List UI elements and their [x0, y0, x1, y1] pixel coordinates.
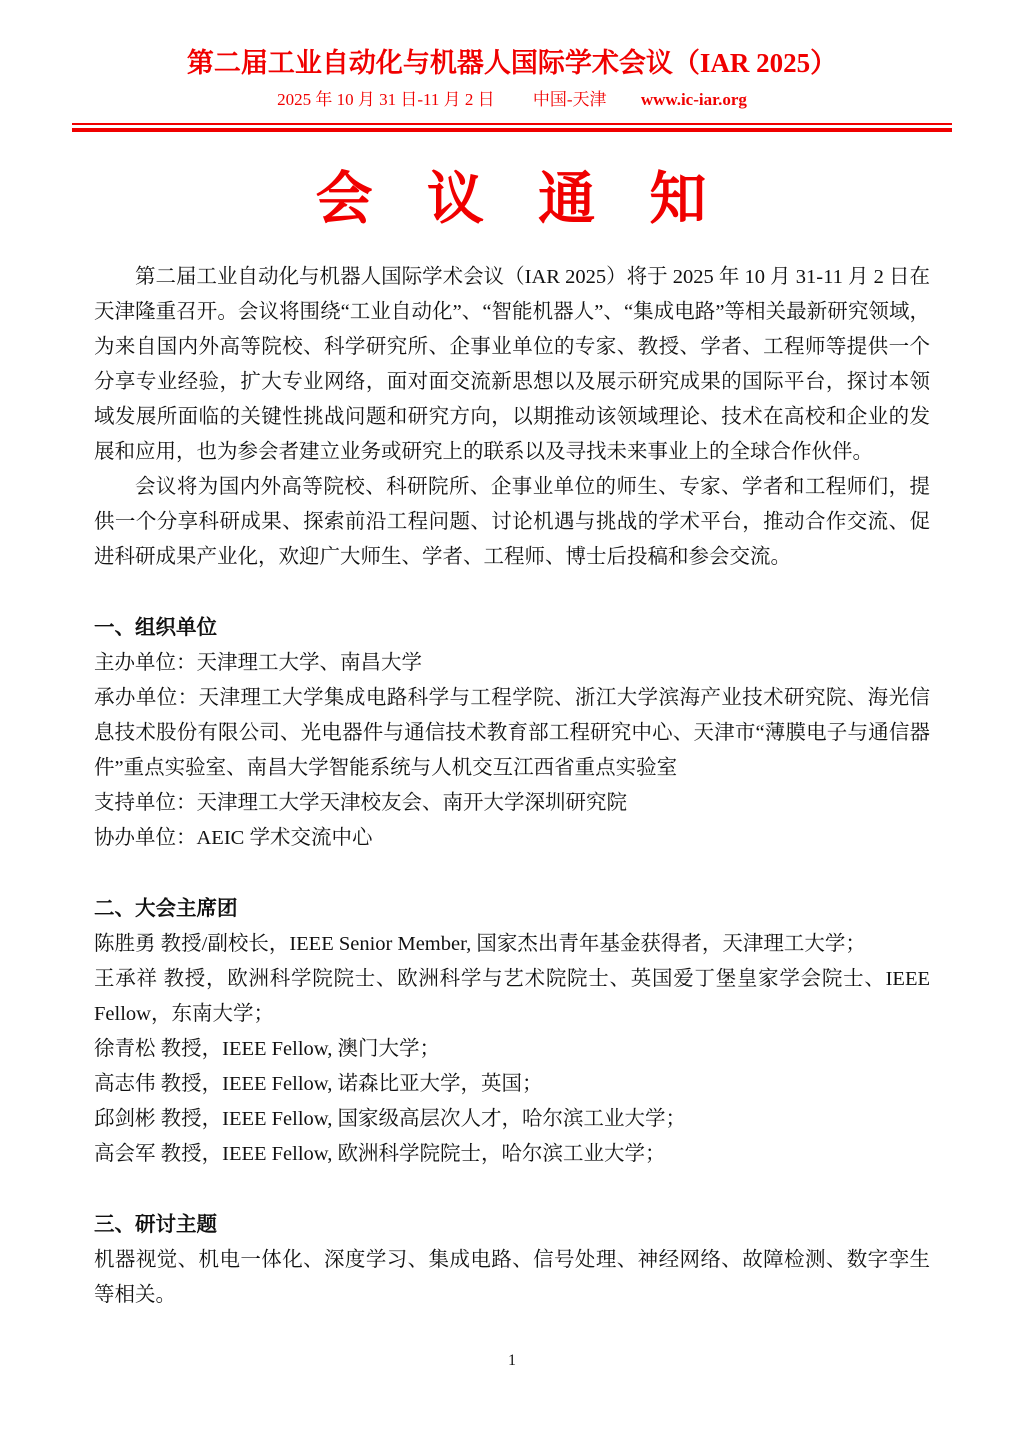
- section-topics-heading: 三、研讨主题: [94, 1208, 930, 1243]
- section-topics: 三、研讨主题 机器视觉、机电一体化、深度学习、集成电路、信号处理、神经网络、故障…: [94, 1208, 930, 1313]
- section-chairs-heading: 二、大会主席团: [94, 892, 930, 927]
- header-double-rule: [72, 123, 952, 132]
- conference-title: 第二届工业自动化与机器人国际学术会议（IAR 2025）: [94, 46, 930, 80]
- page-number: 1: [0, 1352, 1024, 1370]
- organizer-support-line: 支持单位：天津理工大学天津校友会、南开大学深圳研究院: [94, 786, 930, 821]
- document-page: 第二届工业自动化与机器人国际学术会议（IAR 2025） 2025 年 10 月…: [0, 0, 1024, 1448]
- conference-location: 中国-天津: [533, 90, 607, 109]
- intro-paragraph-2: 会议将为国内外高等院校、科研院所、企事业单位的师生、专家、学者和工程师们，提供一…: [94, 470, 930, 575]
- page-header: 第二届工业自动化与机器人国际学术会议（IAR 2025） 2025 年 10 月…: [94, 46, 930, 132]
- section-organizers-heading: 一、组织单位: [94, 611, 930, 646]
- header-rule-thin: [72, 123, 952, 125]
- conference-meta-line: 2025 年 10 月 31 日-11 月 2 日 中国-天津 www.ic-i…: [94, 89, 930, 111]
- organizer-host-line: 主办单位：天津理工大学、南昌大学: [94, 646, 930, 681]
- chair-entry: 邱剑彬 教授，IEEE Fellow, 国家级高层次人才，哈尔滨工业大学；: [94, 1102, 930, 1137]
- chair-entry: 高会军 教授，IEEE Fellow, 欧洲科学院院士，哈尔滨工业大学；: [94, 1137, 930, 1172]
- chair-entry: 徐青松 教授，IEEE Fellow, 澳门大学；: [94, 1032, 930, 1067]
- chair-entry: 陈胜勇 教授/副校长，IEEE Senior Member, 国家杰出青年基金获…: [94, 927, 930, 962]
- header-rule-thick: [72, 128, 952, 132]
- section-chairs: 二、大会主席团 陈胜勇 教授/副校长，IEEE Senior Member, 国…: [94, 892, 930, 1172]
- organizer-coorganizer-line: 协办单位：AEIC 学术交流中心: [94, 821, 930, 856]
- chair-entry: 高志伟 教授，IEEE Fellow, 诺森比亚大学，英国；: [94, 1067, 930, 1102]
- intro-paragraph-1: 第二届工业自动化与机器人国际学术会议（IAR 2025）将于 2025 年 10…: [94, 260, 930, 470]
- topics-line: 机器视觉、机电一体化、深度学习、集成电路、信号处理、神经网络、故障检测、数字孪生…: [94, 1243, 930, 1313]
- document-title: 会 议 通 知: [94, 166, 930, 234]
- conference-website-link[interactable]: www.ic-iar.org: [641, 90, 747, 109]
- section-organizers: 一、组织单位 主办单位：天津理工大学、南昌大学 承办单位：天津理工大学集成电路科…: [94, 611, 930, 856]
- conference-dates: 2025 年 10 月 31 日-11 月 2 日: [277, 90, 495, 109]
- chair-entry: 王承祥 教授，欧洲科学院院士、欧洲科学与艺术院院士、英国爱丁堡皇家学会院士、IE…: [94, 962, 930, 1032]
- organizer-undertaker-line: 承办单位：天津理工大学集成电路科学与工程学院、浙江大学滨海产业技术研究院、海光信…: [94, 681, 930, 786]
